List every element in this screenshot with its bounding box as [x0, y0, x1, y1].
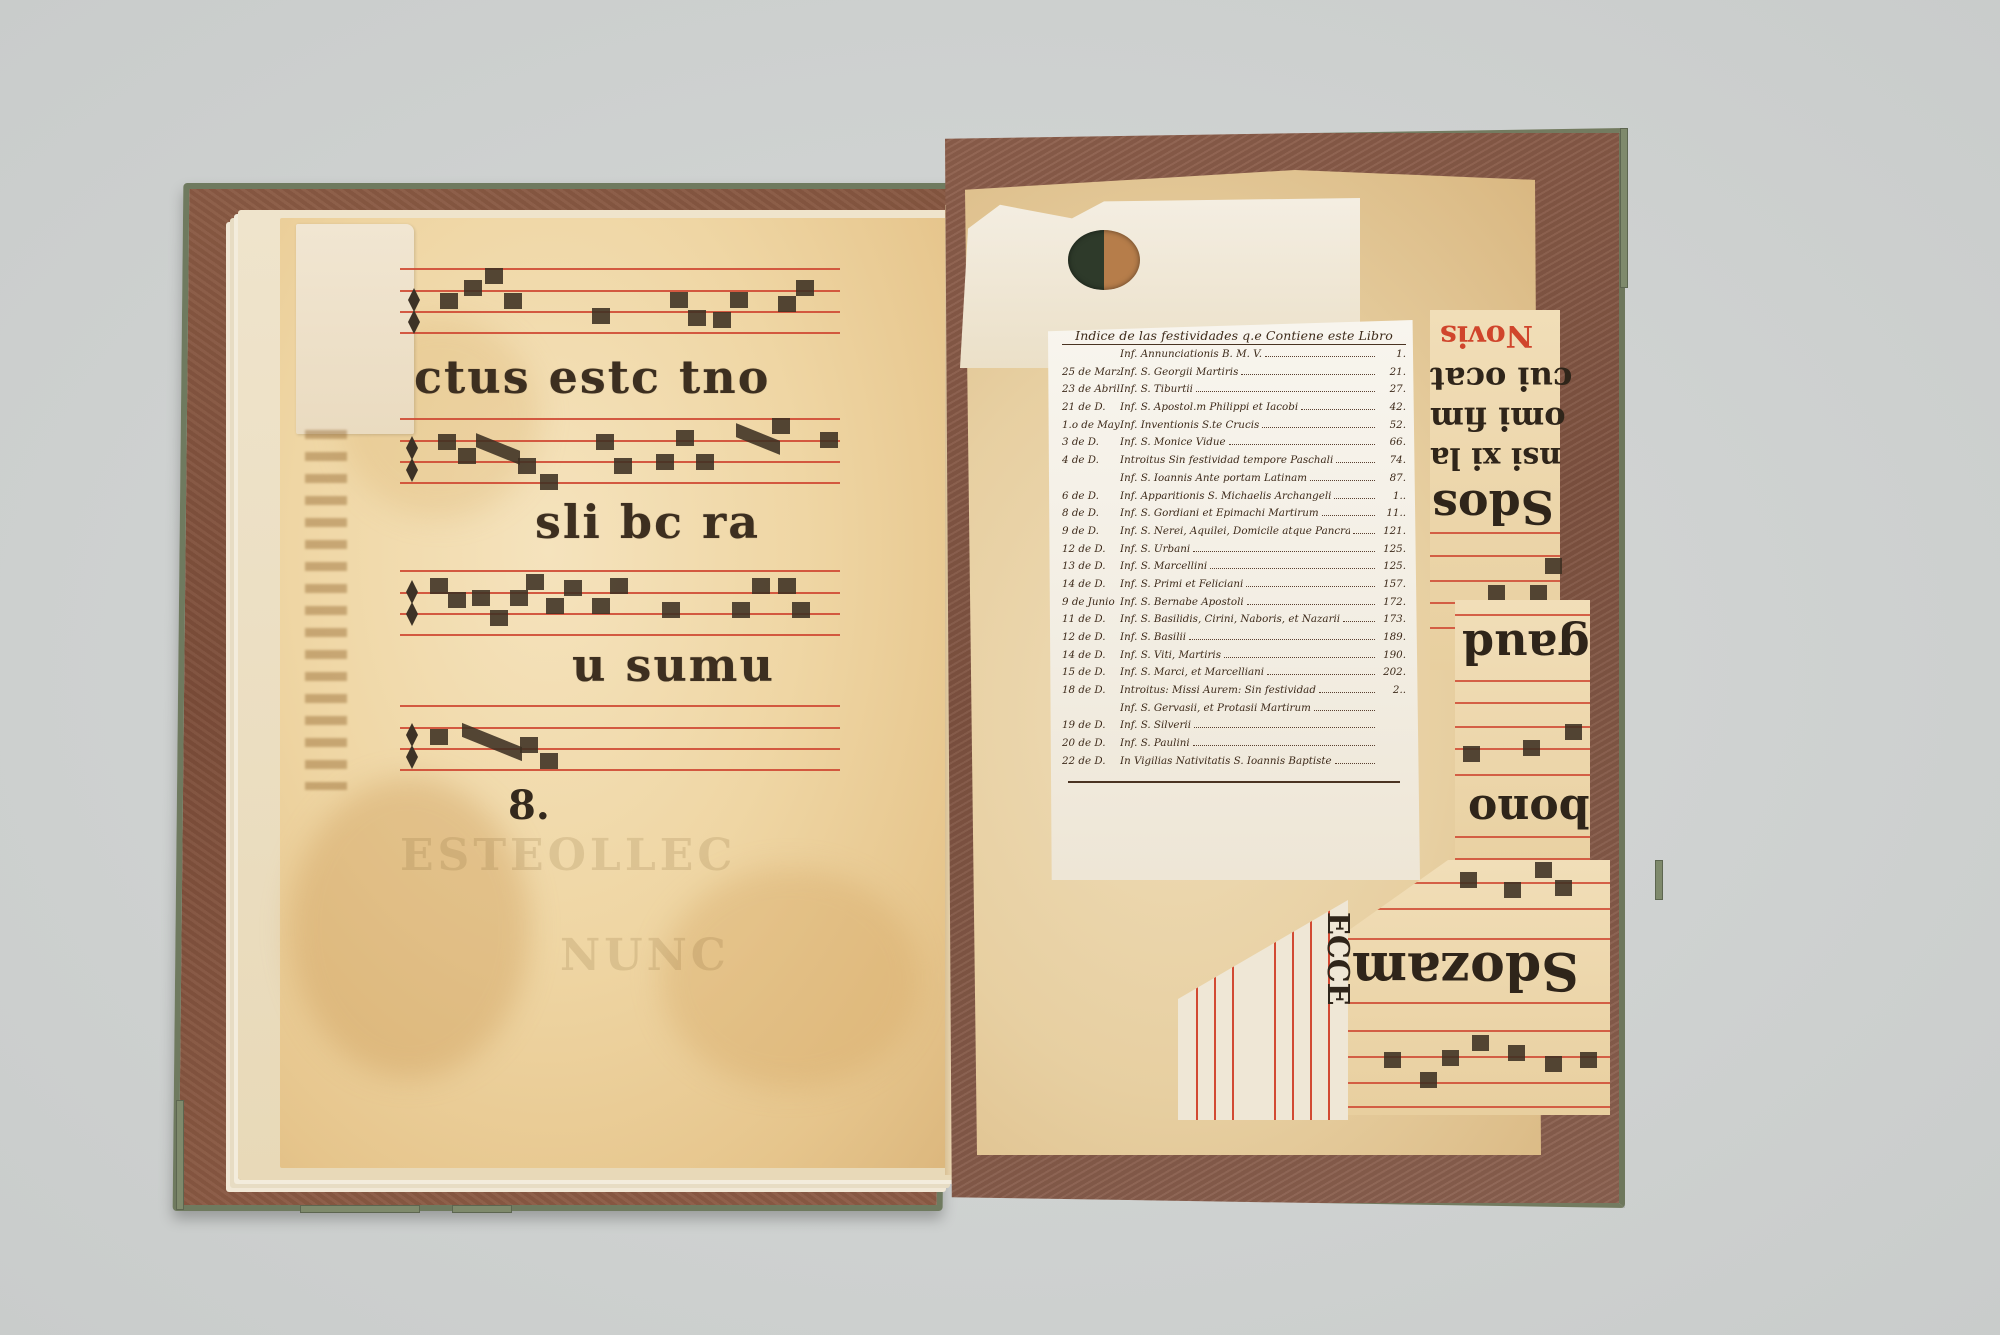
- dotted-leader: [1210, 568, 1375, 569]
- index-entry-folio: 11..: [1378, 507, 1406, 519]
- index-entry-date: 12 de D.: [1062, 543, 1120, 555]
- fragment-text-upside-down: bono: [1468, 785, 1589, 836]
- dotted-leader: [1310, 480, 1375, 481]
- handwritten-index-slip: Indice de las festividades q.e Contiene …: [1048, 320, 1420, 880]
- index-entry: 4 de D.Introitus Sin festividad tempore …: [1062, 454, 1406, 472]
- index-entry: 8 de D.Inf. S. Gordiani et Epimachi Mart…: [1062, 507, 1406, 525]
- metal-corner-clasp: [452, 1205, 512, 1213]
- index-entry-folio: 52.: [1378, 419, 1406, 431]
- index-entry-folio: 121.: [1378, 525, 1406, 537]
- index-entry-date: 13 de D.: [1062, 560, 1120, 572]
- index-entry-date: 1.o de Mayo: [1062, 419, 1120, 431]
- index-entry: 15 de D.Inf. S. Marci, et Marcelliani202…: [1062, 666, 1406, 684]
- index-entry: 12 de D.Inf. S. Urbani125.: [1062, 543, 1406, 561]
- index-entry-date: 22 de D.: [1062, 755, 1120, 767]
- dotted-leader: [1343, 621, 1375, 622]
- index-entry-folio: 190.: [1378, 649, 1406, 661]
- chant-lyric-line: u sumu: [572, 638, 775, 692]
- index-entry: 21 de D.Inf. S. Apostol.m Philippi et Ia…: [1062, 401, 1406, 419]
- index-entry-folio: 21.: [1378, 366, 1406, 378]
- metal-edge-binding: [1620, 128, 1628, 288]
- index-entry: 14 de D.Inf. S. Viti, Martiris190.: [1062, 649, 1406, 667]
- index-entry-feast: Inf. S. Gordiani et Epimachi Martirum: [1120, 507, 1319, 519]
- index-entry-date: 12 de D.: [1062, 631, 1120, 643]
- index-entry: 20 de D.Inf. S. Paulini: [1062, 737, 1406, 755]
- index-entry-feast: Inf. S. Nerei, Aquilei, Domicile atque P…: [1120, 525, 1350, 537]
- index-entry-folio: 202.: [1378, 666, 1406, 678]
- index-entry-date: 9 de D.: [1062, 525, 1120, 537]
- dotted-leader: [1265, 356, 1375, 357]
- fragment-text-upside-down: omi fim: [1430, 400, 1566, 438]
- dotted-leader: [1336, 462, 1375, 463]
- fragment-text-upside-down: gaud: [1462, 620, 1590, 674]
- index-entry-feast: In Vigilias Nativitatis S. Ioannis Bapti…: [1120, 755, 1332, 767]
- chant-lyric-line: ctus estc tno: [414, 350, 770, 404]
- index-entry-feast: Inf. S. Primi et Feliciani: [1120, 578, 1243, 590]
- index-entry: 22 de D.In Vigilias Nativitatis S. Ioann…: [1062, 755, 1406, 773]
- index-entry-folio: 189.: [1378, 631, 1406, 643]
- index-entry-date: 25 de Marzo: [1062, 366, 1120, 378]
- dotted-leader: [1247, 604, 1375, 605]
- index-entry: 13 de D.Inf. S. Marcellini125.: [1062, 560, 1406, 578]
- index-entry-feast: Inf. S. Marci, et Marcelliani: [1120, 666, 1264, 678]
- index-entry-feast: Inf. S. Gervasii, et Protasii Martirum: [1120, 702, 1311, 714]
- index-entry-date: 6 de D.: [1062, 490, 1120, 502]
- dotted-leader: [1322, 515, 1375, 516]
- dotted-leader: [1241, 374, 1375, 375]
- index-entry: 1.o de MayoInf. Inventionis S.te Crucis5…: [1062, 419, 1406, 437]
- index-entry-feast: Inf. S. Marcellini: [1120, 560, 1207, 572]
- index-entry: 19 de D.Inf. S. Silverii: [1062, 719, 1406, 737]
- dotted-leader: [1301, 409, 1375, 410]
- fragment-text-upside-down: Sdos: [1432, 480, 1554, 534]
- index-entry-folio: 1..: [1378, 490, 1406, 502]
- index-entry-folio: 74.: [1378, 454, 1406, 466]
- dotted-leader: [1246, 586, 1375, 587]
- index-entry-folio: 66.: [1378, 436, 1406, 448]
- c-clef-icon: [406, 602, 418, 626]
- index-entry-folio: 125.: [1378, 560, 1406, 572]
- metal-clasp: [1655, 860, 1663, 900]
- index-entry-folio: 1.: [1378, 348, 1406, 360]
- index-entry-date: 23 de Abril: [1062, 383, 1120, 395]
- index-entry-folio: 27.: [1378, 383, 1406, 395]
- index-entry-feast: Inf. S. Apostol.m Philippi et Iacobi: [1120, 401, 1298, 413]
- index-entry-feast: Inf. S. Basilidis, Cirini, Naboris, et N…: [1120, 613, 1340, 625]
- index-entry-feast: Inf. S. Paulini: [1120, 737, 1190, 749]
- index-entry: 12 de D.Inf. S. Basilii189.: [1062, 631, 1406, 649]
- dotted-leader: [1353, 533, 1375, 534]
- index-entry-date: 14 de D.: [1062, 649, 1120, 661]
- dotted-leader: [1262, 427, 1375, 428]
- dotted-leader: [1319, 692, 1375, 693]
- index-entry-feast: Inf. S. Monice Vidue: [1120, 436, 1226, 448]
- fragment-text-upside-down: Sdozam: [1352, 940, 1579, 1001]
- index-entry: 11 de D.Inf. S. Basilidis, Cirini, Nabor…: [1062, 613, 1406, 631]
- red-rubric-upside-down: Novis: [1440, 318, 1533, 353]
- dotted-leader: [1314, 710, 1375, 711]
- index-entry-feast: Introitus: Missi Aurem: Sin festividad: [1120, 684, 1316, 696]
- index-entry-date: 9 de Junio: [1062, 596, 1120, 608]
- index-entry: 23 de AbrilInf. S. Tiburtii27.: [1062, 383, 1406, 401]
- faded-margin-inscription: [305, 430, 347, 790]
- index-entry: Inf. S. Ioannis Ante portam Latinam87.: [1062, 472, 1406, 490]
- index-title: Indice de las festividades q.e Contiene …: [1062, 328, 1406, 345]
- fragment-text-upside-down: cui ocat: [1430, 360, 1572, 398]
- dotted-leader: [1224, 657, 1375, 658]
- dotted-leader: [1194, 727, 1375, 728]
- index-entry-feast: Inf. S. Basilii: [1120, 631, 1186, 643]
- fragment-text-upside-down: nsi xi la: [1430, 440, 1561, 475]
- index-entry-folio: 173.: [1378, 613, 1406, 625]
- fragment-text-vertical: ECCE: [1320, 912, 1355, 1006]
- index-entry-folio: 87.: [1378, 472, 1406, 484]
- dotted-leader: [1193, 745, 1375, 746]
- index-entry-date: 20 de D.: [1062, 737, 1120, 749]
- metal-corner-clasp: [300, 1205, 420, 1213]
- folio-number: 8.: [508, 782, 550, 829]
- index-entry-feast: Inf. S. Urbani: [1120, 543, 1190, 555]
- music-staff: [400, 705, 840, 805]
- index-entry-feast: Inf. S. Bernabe Apostoli: [1120, 596, 1244, 608]
- dotted-leader: [1267, 674, 1375, 675]
- index-entry: 18 de D.Introitus: Missi Aurem: Sin fest…: [1062, 684, 1406, 702]
- index-entry: 6 de D.Inf. Apparitionis S. Michaelis Ar…: [1062, 490, 1406, 508]
- manuscript-photograph: ctus estc tno sli bc ra: [0, 0, 2000, 1335]
- index-entry-date: 18 de D.: [1062, 684, 1120, 696]
- index-entry: 9 de D.Inf. S. Nerei, Aquilei, Domicile …: [1062, 525, 1406, 543]
- index-entry-feast: Inf. Annunciationis B. M. V.: [1120, 348, 1262, 360]
- bleed-through-text: ESTEOLLEC: [400, 830, 736, 881]
- index-entry-folio: 42.: [1378, 401, 1406, 413]
- index-entry: 14 de D.Inf. S. Primi et Feliciani157.: [1062, 578, 1406, 596]
- index-entry-feast: Inf. S. Ioannis Ante portam Latinam: [1120, 472, 1307, 484]
- index-entries: Inf. Annunciationis B. M. V.1.25 de Marz…: [1062, 348, 1406, 773]
- dotted-leader: [1193, 551, 1375, 552]
- c-clef-icon: [408, 310, 420, 334]
- c-clef-icon: [406, 580, 418, 604]
- dotted-leader: [1196, 391, 1375, 392]
- index-entry-folio: 157.: [1378, 578, 1406, 590]
- index-entry: 25 de MarzoInf. S. Georgii Martiris21.: [1062, 366, 1406, 384]
- index-entry-folio: 125.: [1378, 543, 1406, 555]
- index-entry-feast: Introitus Sin festividad tempore Paschal…: [1120, 454, 1333, 466]
- index-entry-folio: 172.: [1378, 596, 1406, 608]
- index-entry: Inf. S. Gervasii, et Protasii Martirum: [1062, 702, 1406, 720]
- index-entry-feast: Inf. S. Viti, Martiris: [1120, 649, 1221, 661]
- index-entry-date: 21 de D.: [1062, 401, 1120, 413]
- chant-lyric-line: sli bc ra: [535, 495, 760, 549]
- index-entry: Inf. Annunciationis B. M. V.1.: [1062, 348, 1406, 366]
- folded-leaf-corner: [296, 224, 414, 434]
- index-entry-folio: 2..: [1378, 684, 1406, 696]
- index-entry-date: 19 de D.: [1062, 719, 1120, 731]
- metal-edge-binding: [176, 1100, 184, 1210]
- bleed-through-text: NUNC: [560, 930, 730, 981]
- index-entry-date: 8 de D.: [1062, 507, 1120, 519]
- index-entry-date: 3 de D.: [1062, 436, 1120, 448]
- index-entry-date: 15 de D.: [1062, 666, 1120, 678]
- index-entry-feast: Inf. S. Tiburtii: [1120, 383, 1193, 395]
- index-entry-feast: Inf. Inventionis S.te Crucis: [1120, 419, 1259, 431]
- dotted-leader: [1335, 763, 1375, 764]
- index-entry-date: 11 de D.: [1062, 613, 1120, 625]
- index-entry-date: 14 de D.: [1062, 578, 1120, 590]
- index-entry-date: 4 de D.: [1062, 454, 1120, 466]
- index-entry-feast: Inf. Apparitionis S. Michaelis Archangel…: [1120, 490, 1331, 502]
- dotted-leader: [1229, 444, 1375, 445]
- index-entry-feast: Inf. S. Georgii Martiris: [1120, 366, 1238, 378]
- closing-rule: [1068, 781, 1400, 783]
- dotted-leader: [1189, 639, 1375, 640]
- index-entry-feast: Inf. S. Silverii: [1120, 719, 1191, 731]
- index-entry: 3 de D.Inf. S. Monice Vidue66.: [1062, 436, 1406, 454]
- index-entry: 9 de JunioInf. S. Bernabe Apostoli172.: [1062, 596, 1406, 614]
- hole-in-pastedown: [1068, 230, 1140, 290]
- dotted-leader: [1334, 498, 1375, 499]
